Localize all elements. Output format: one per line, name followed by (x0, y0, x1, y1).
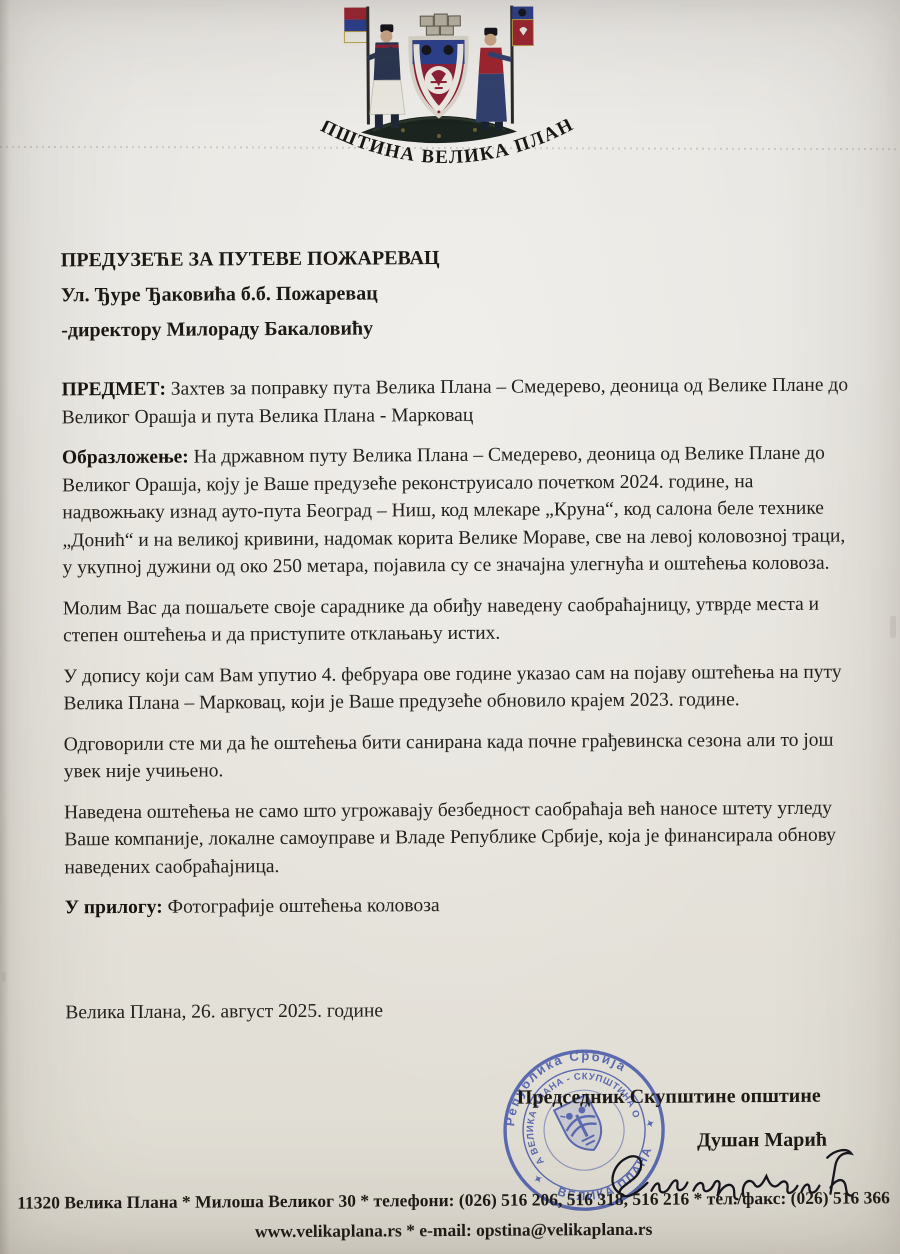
rationale-paragraph: Образложење: На државном путу Велика Пла… (62, 440, 851, 582)
recipient-street: Ул. Ђуре Ђаковића б.б. Пожаревац (61, 276, 440, 313)
paragraph-text: Наведена оштећења не само што угрожавају… (64, 797, 836, 878)
subject-paragraph: ПРЕДМЕТ: Захтев за поправку пута Велика … (61, 372, 849, 432)
letter-content: ОПШТИНА ВЕЛИКА ПЛАНА ПРЕДУЗЕЋЕ ЗА ПУТЕВЕ… (0, 0, 900, 1254)
date-line: Велика Плана, 26. август 2025. године (65, 1000, 383, 1024)
footer-web-line: www.velikaplana.rs * e-mail: opstina@vel… (4, 1217, 900, 1243)
attachment-label: У прилогу: (65, 897, 163, 919)
recipient-block: ПРЕДУЗЕЋЕ ЗА ПУТЕВЕ ПОЖАРЕВАЦ Ул. Ђуре Ђ… (61, 241, 440, 348)
signature-title: Председник Скупштине општине (517, 1085, 821, 1110)
footer-address-line: 11320 Велика Плана * Милоша Великог 30 *… (3, 1187, 900, 1213)
round-stamp-icon: Република Србија ВЕЛИКА ПЛАНА ОПШТИНА ВЕ… (457, 1003, 712, 1254)
attachment-text: Фотографије оштећења коловоза (163, 895, 440, 918)
previous-notice-paragraph: У допису који сам Вам упутио 4. фебруара… (63, 658, 851, 718)
rationale-label: Образложење: (62, 447, 189, 469)
attachment-paragraph: У прилогу: Фотографије оштећења коловоза (65, 890, 853, 922)
reply-paragraph: Одговорили сте ми да ће оштећења бити са… (64, 726, 852, 786)
recipient-director: -директору Милораду Бакаловићу (61, 311, 440, 348)
subject-text: Захтев за поправку пута Велика Плана – С… (62, 375, 848, 428)
paragraph-text: Молим Вас да пошаљете своје сараднике да… (63, 593, 819, 646)
paragraph-text: Одговорили сте ми да ће оштећења бити са… (64, 729, 834, 782)
stamp-star-right: ✦ (644, 1118, 656, 1132)
scanned-letter-page: ОПШТИНА ВЕЛИКА ПЛАНА ПРЕДУЗЕЋЕ ЗА ПУТЕВЕ… (0, 0, 900, 1254)
svg-text:ОПШТИНА ВЕЛИКА ПЛАНА: ОПШТИНА ВЕЛИКА ПЛАНА (315, 119, 578, 169)
recipient-company: ПРЕДУЗЕЋЕ ЗА ПУТЕВЕ ПОЖАРЕВАЦ (61, 241, 440, 278)
paragraph-text: У допису који сам Вам упутио 4. фебруара… (63, 661, 841, 714)
subject-label: ПРЕДМЕТ: (61, 379, 166, 401)
municipality-title-text: ОПШТИНА ВЕЛИКА ПЛАНА (315, 119, 578, 169)
request-paragraph: Молим Вас да пошаљете своје сараднике да… (63, 590, 851, 650)
damage-impact-paragraph: Наведена оштећења не само што угрожавају… (64, 794, 852, 881)
municipality-arc-title: ОПШТИНА ВЕЛИКА ПЛАНА (315, 119, 579, 185)
letter-body: ПРЕДМЕТ: Захтев за поправку пута Велика … (61, 372, 852, 935)
